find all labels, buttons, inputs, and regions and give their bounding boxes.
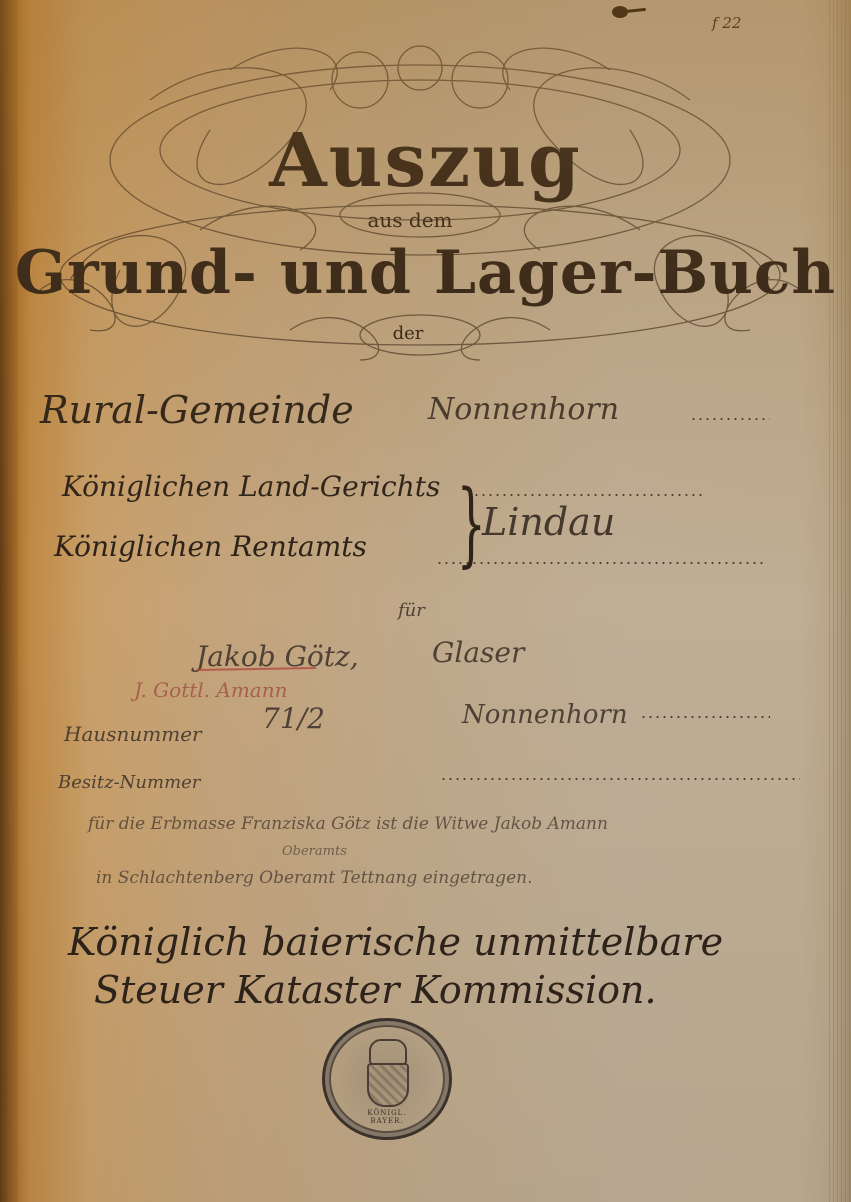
office-label: Königlichen Rentamts: [54, 530, 367, 563]
seal-text: KÖNIGL. BAYER.: [351, 1109, 423, 1125]
house-number-label: Hausnummer: [64, 722, 202, 746]
document-page: f 22 Auszug aus dem Grund- und Lager-Buc…: [0, 0, 851, 1202]
house-number-value: 71/2: [262, 702, 325, 735]
dotted-line: [466, 494, 706, 496]
owner-occupation: Glaser: [432, 636, 524, 669]
official-seal: KÖNIGL. BAYER.: [322, 1018, 452, 1140]
property-label: Besitz-Nummer: [58, 772, 200, 793]
issuer-line-2: Steuer Kataster Kommission.: [94, 968, 657, 1012]
for-label: für: [398, 600, 425, 621]
issuer-line-1: Königlich baierische unmittelbare: [68, 920, 723, 964]
coat-of-arms-icon: [367, 1063, 409, 1107]
ink-blot: [612, 6, 628, 18]
dotted-line: [640, 716, 770, 718]
dotted-line: [690, 418, 770, 420]
article-der: der: [378, 323, 438, 344]
dotted-line: [440, 778, 800, 780]
book-title: Grund- und Lager-Buch: [0, 238, 851, 308]
document-title: Auszug: [0, 118, 851, 204]
municipality-value: Nonnenhorn: [428, 392, 619, 427]
court-label: Königlichen Land-Gerichts: [62, 470, 440, 503]
court-office-value: Lindau: [482, 500, 615, 544]
house-location: Nonnenhorn: [462, 700, 628, 730]
crown-icon: [369, 1039, 407, 1065]
note-line-2: in Schlachtenberg Oberamt Tettnang einge…: [96, 868, 532, 888]
owner-red-annotation: J. Gottl. Amann: [134, 678, 287, 702]
note-insertion: Oberamts: [282, 844, 347, 859]
municipality-label: Rural-Gemeinde: [40, 388, 354, 432]
note-line-1: für die Erbmasse Franziska Götz ist die …: [88, 814, 608, 834]
document-subtitle: aus dem: [355, 208, 465, 232]
